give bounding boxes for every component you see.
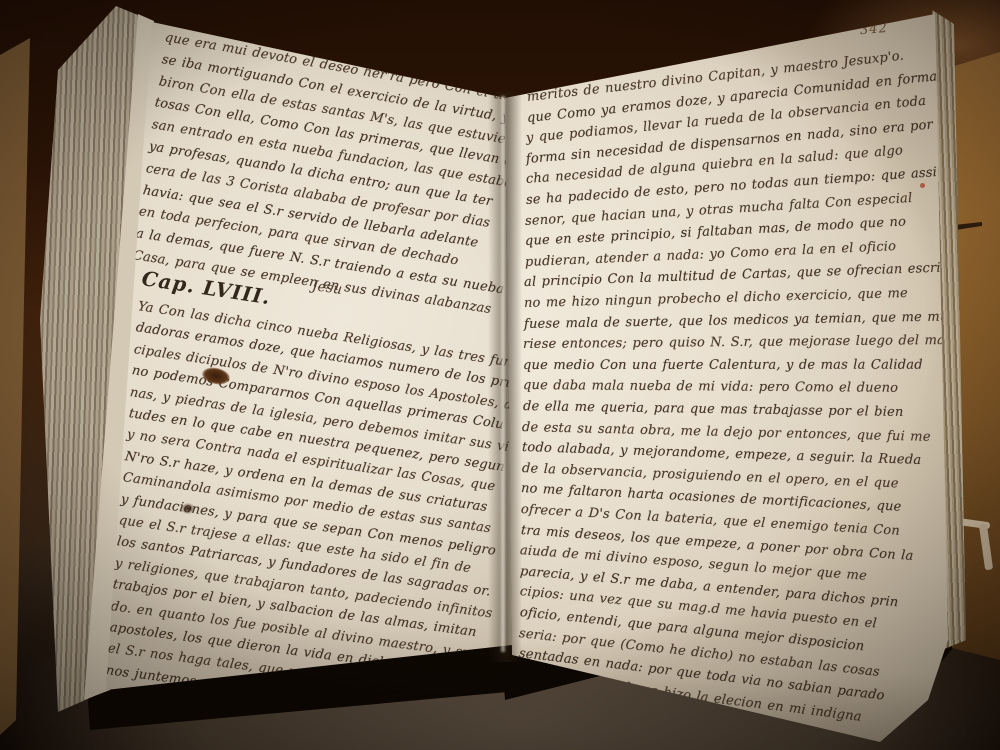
photo-vignette xyxy=(0,0,1000,750)
manuscript-photo: que era mui devoto el deseo her'ra pero … xyxy=(0,0,1000,750)
